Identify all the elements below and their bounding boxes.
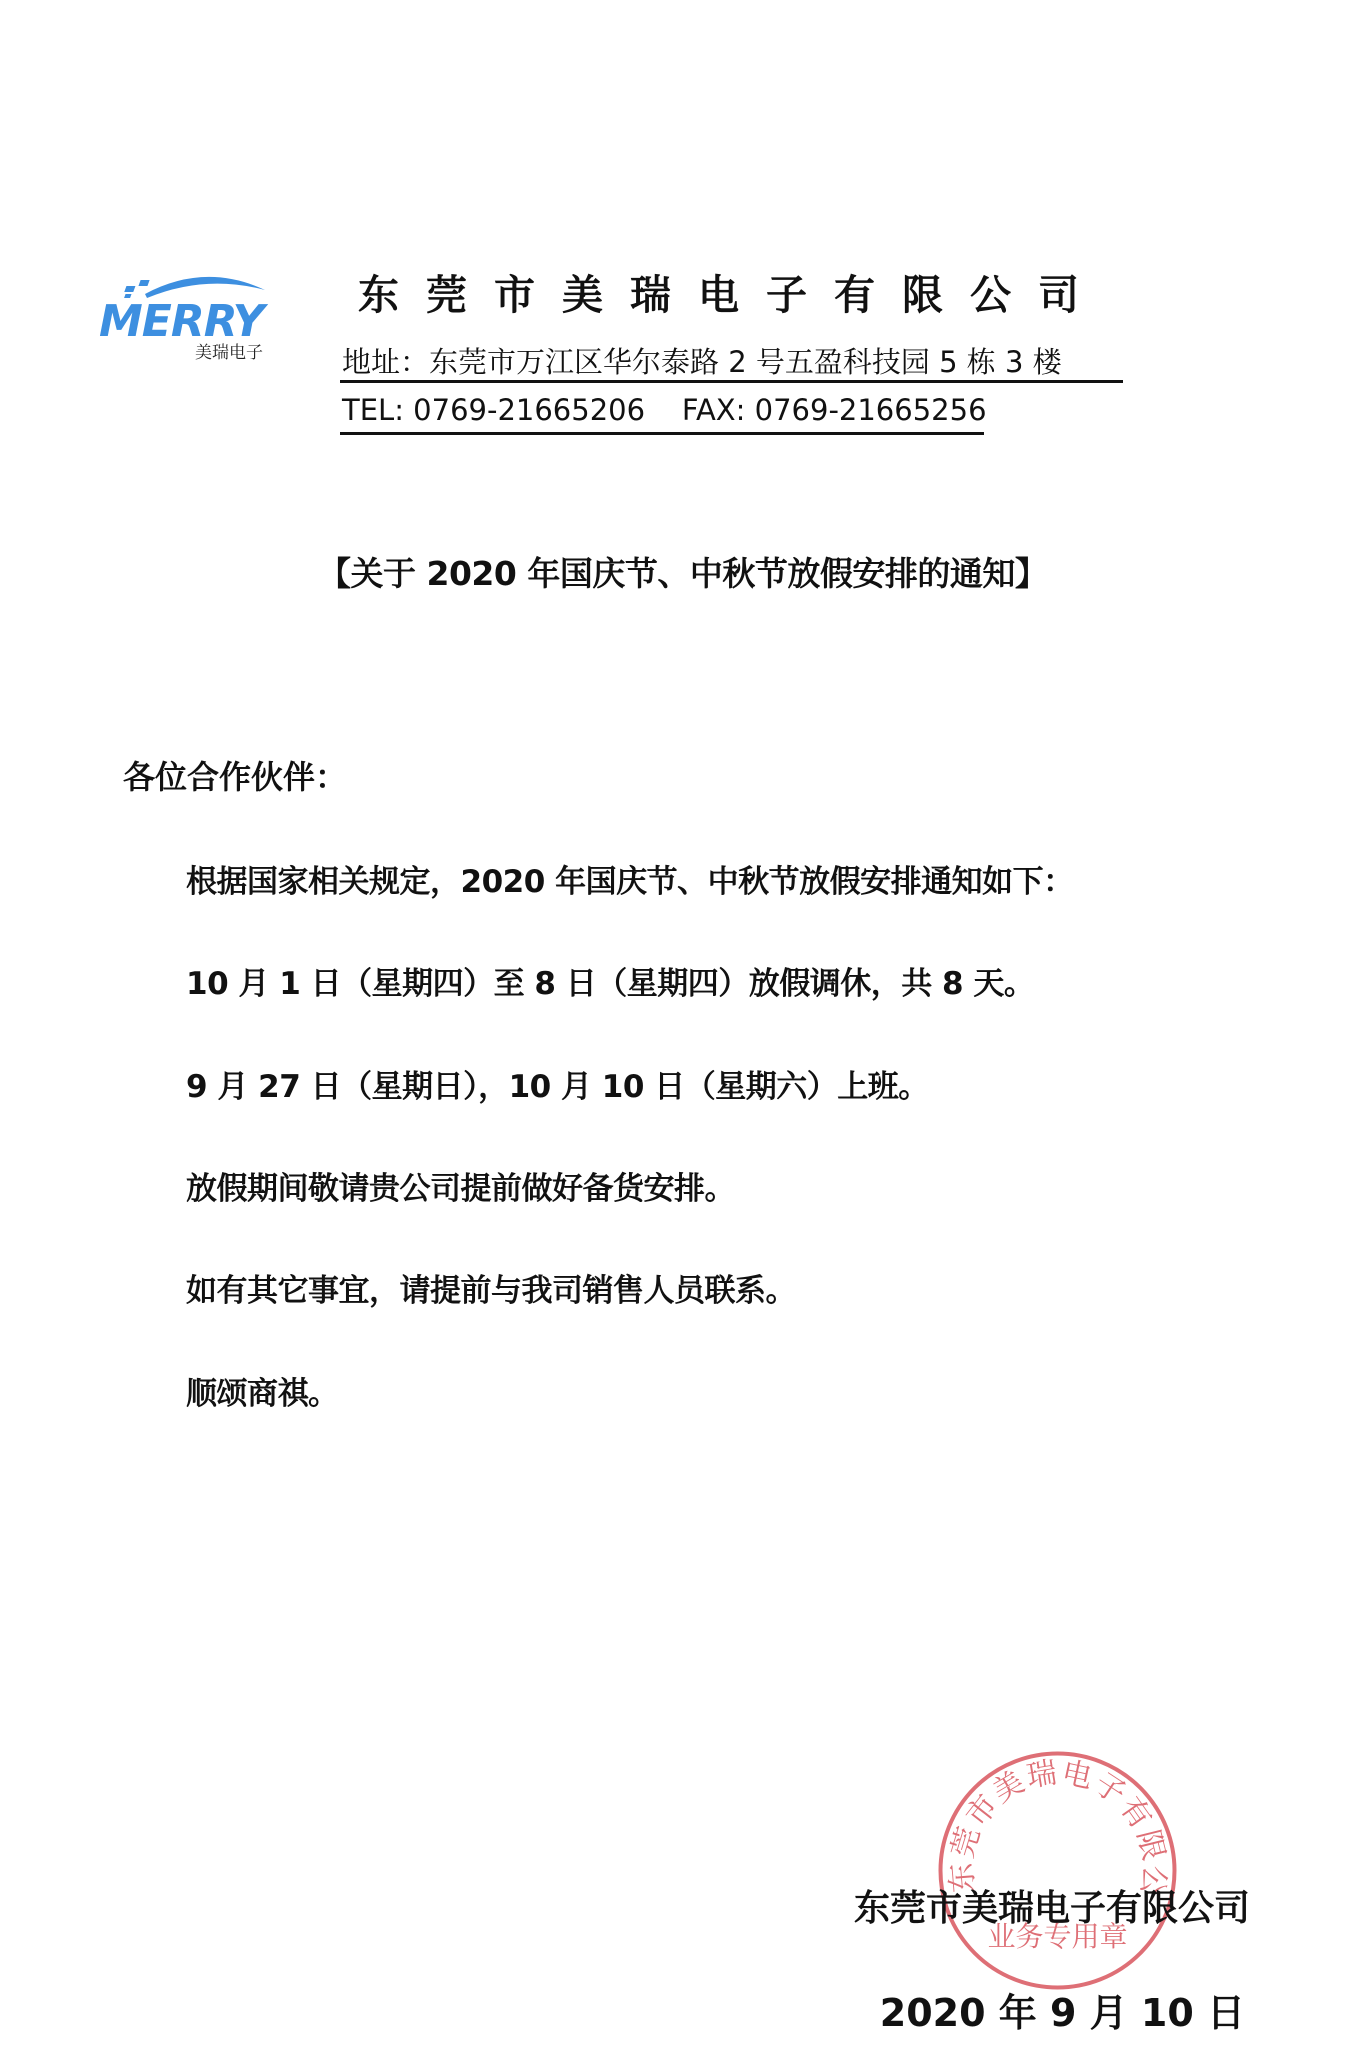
paragraph-stock-request: 放假期间敬请贵公司提前做好备货安排。 [186,1163,735,1208]
greeting: 各位合作伙伴： [123,752,347,798]
logo-subtitle: 美瑞电子 [195,338,263,363]
paragraph-closing: 顺颂商祺。 [186,1368,339,1413]
seal-icon: 东莞市美瑞电子有限公司 业务专用章 [935,1748,1180,1993]
paragraph-intro: 根据国家相关规定，2020 年国庆节、中秋节放假安排通知如下： [186,856,1074,901]
address-underline [340,380,1123,383]
signature-company: 东莞市美瑞电子有限公司 [854,1880,1250,1931]
svg-text:东莞市美瑞电子有限公司: 东莞市美瑞电子有限公司 [935,1748,1172,1900]
paragraph-contact-sales: 如有其它事宜，请提前与我司销售人员联系。 [186,1265,796,1310]
notice-title: 【关于 2020 年国庆节、中秋节放假安排的通知】 [318,548,1047,595]
company-tel-fax: TEL: 0769-21665206 FAX: 0769-21665256 [342,393,987,427]
paragraph-workdays: 9 月 27 日（星期日），10 月 10 日（星期六）上班。 [186,1061,929,1106]
tel-fax-underline [340,432,984,435]
stamp-ring-text: 东莞市美瑞电子有限公司 [935,1748,1172,1900]
company-logo: MERRY 美瑞电子 [95,268,295,368]
company-address: 地址：东莞市万江区华尔泰路 2 号五盈科技园 5 栋 3 楼 [342,340,1062,381]
signature-date: 2020 年 9 月 10 日 [880,1982,1245,2037]
logo-brand-text: MERRY [99,296,269,340]
company-seal-stamp: 东莞市美瑞电子有限公司 业务专用章 [935,1748,1180,1993]
company-name-header: 东莞市美瑞电子有限公司 [358,262,1106,321]
paragraph-holiday-dates: 10 月 1 日（星期四）至 8 日（星期四）放假调休，共 8 天。 [186,958,1034,1003]
merry-logo-icon: MERRY [95,268,295,340]
